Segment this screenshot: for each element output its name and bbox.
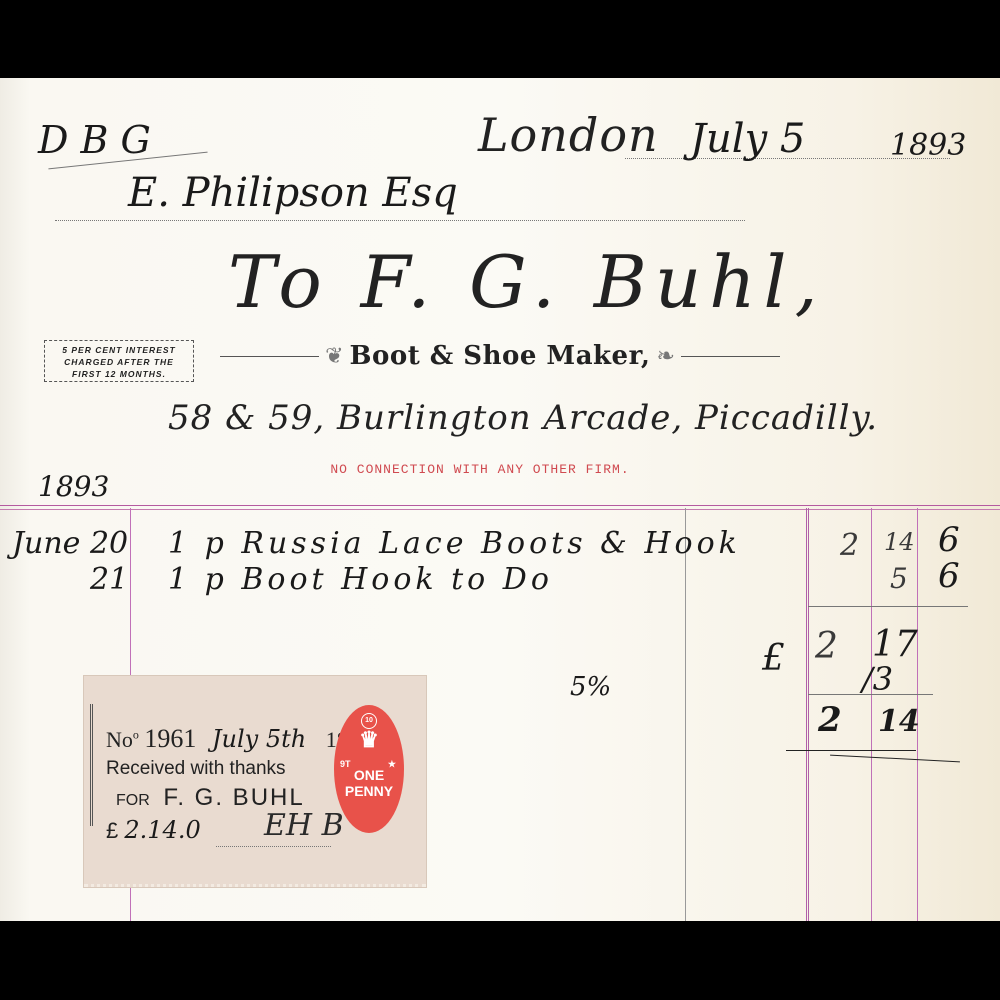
total-shillings: 14 (878, 704, 920, 739)
subtotal-rule (808, 606, 968, 607)
reference-number: D B G (38, 118, 151, 162)
receipt-date-handwritten: July 5th (212, 725, 306, 753)
date-handwritten: July 5 (690, 116, 805, 162)
receipt-number: 1961 (144, 724, 196, 753)
receipt-currency: £ (106, 818, 118, 843)
stamp-value-text: ONE PENNY (334, 767, 404, 799)
scroll-ornament-icon: ❧ (656, 343, 674, 369)
receipt-for-label: FOR (116, 792, 150, 809)
subtotal-currency: £ (762, 638, 785, 679)
row-1-date: June 20 (12, 526, 128, 561)
place-printed: London (478, 108, 659, 162)
receipt-slip: Noo 1961 July 5th 1893 Received with tha… (84, 676, 426, 887)
total-double-rule-1 (786, 750, 916, 751)
interest-notice-line-1: 5 PER CENT INTEREST (45, 344, 193, 356)
no-connection-notice: NO CONNECTION WITH ANY OTHER FIRM. (0, 462, 960, 477)
interest-notice-box: 5 PER CENT INTEREST CHARGED AFTER THE FI… (44, 340, 194, 382)
row-1-pence: 6 (938, 520, 960, 560)
discount-amount: /3 (862, 660, 893, 698)
interest-notice-line-2: CHARGED AFTER THE (45, 356, 193, 368)
ledger-header-rule (0, 505, 1000, 510)
receipt-number-row: Noo 1961 July 5th 1893 (106, 724, 373, 754)
scroll-ornament-icon: ❦ (325, 343, 343, 369)
banner-rule-left (220, 356, 319, 357)
stamp-value-one: ONE (334, 767, 404, 783)
trade-title: Boot & Shoe Maker, (350, 341, 651, 371)
paper-fold-line (685, 508, 686, 921)
crown-icon: ♛ (334, 727, 404, 753)
letterhead-address: 58 & 59, Burlington Arcade, Piccadilly. (168, 398, 878, 438)
row-2-date: 21 (90, 562, 128, 597)
interest-notice-line-3: FIRST 12 MONTHS. (45, 368, 193, 380)
receipt-signature: EH B (264, 808, 344, 843)
ledger-year: 1893 (38, 470, 109, 503)
row-1-shillings: 14 (884, 528, 915, 556)
trade-banner: ❦ Boot & Shoe Maker, ❧ (220, 336, 780, 376)
total-rule (808, 694, 933, 695)
row-1-pounds: 2 (840, 528, 859, 563)
year-handwritten: 1893 (890, 128, 966, 163)
subtotal-shillings: 17 (872, 624, 918, 665)
row-2-description: 1 p Boot Hook to Do (168, 562, 553, 597)
invoice-paper: D B G London July 5 1893 E. Philipson Es… (0, 78, 1000, 921)
banner-rule-right (681, 356, 780, 357)
pounds-column-rule (806, 508, 809, 921)
row-2-pence: 6 (938, 556, 960, 596)
letterhead-to-line: To F. G. Buhl, (228, 240, 825, 324)
one-penny-revenue-stamp: 10 ♛ 9T ★ ONE PENNY (334, 705, 404, 833)
total-double-rule-2 (830, 755, 960, 763)
stamp-value-penny: PENNY (334, 783, 404, 799)
subtotal-pounds: 2 (815, 626, 838, 667)
receipt-thanks: Received with thanks (106, 758, 286, 780)
shillings-column-rule (871, 508, 872, 921)
receipt-signature-line (216, 846, 331, 847)
total-pounds: 2 (818, 700, 842, 740)
row-1-description: 1 p Russia Lace Boots & Hook (168, 526, 741, 561)
discount-label: 5% (570, 672, 611, 702)
receipt-number-label: No (106, 727, 133, 752)
row-2-shillings: 5 (890, 562, 908, 595)
receipt-border-rule (90, 704, 93, 826)
customer-dotline (55, 220, 745, 221)
receipt-amount: 2.14.0 (124, 816, 200, 844)
receipt-amount-row: £ 2.14.0 (106, 816, 201, 844)
customer-name: E. Philipson Esq (128, 170, 458, 216)
receipt-firm: F. G. BUHL (163, 784, 304, 811)
